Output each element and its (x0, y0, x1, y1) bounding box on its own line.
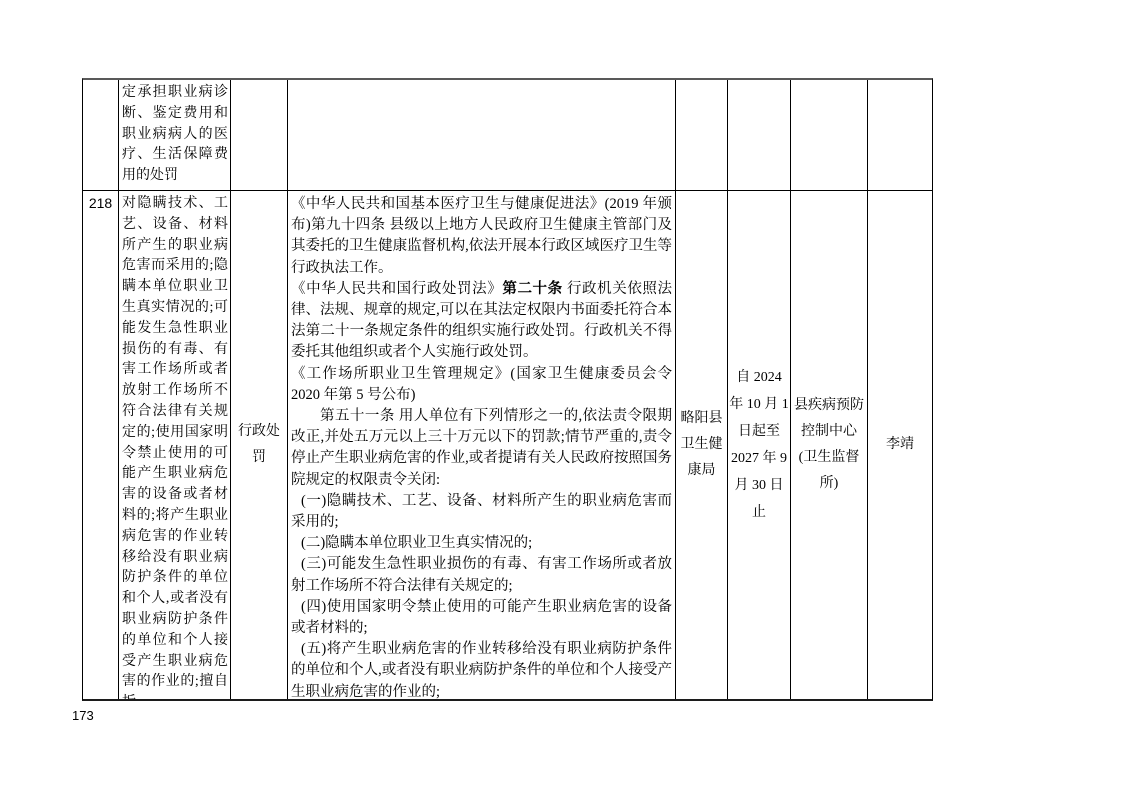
person-cell: 李靖 (868, 191, 932, 699)
table-row-continuation: 定承担职业病诊断、鉴定费用和职业病病人的医疗、生活保障费用的处罚 (83, 80, 932, 191)
undertaker-cell: 县疾病预防控制中心(卫生监督所) (791, 191, 868, 699)
legal-basis-paragraph-1: 《中华人民共和国基本医疗卫生与健康促进法》(2019 年颁布)第九十四条 县级以… (291, 194, 672, 279)
seq-cell: 218 (83, 191, 119, 699)
period-cell (728, 80, 791, 190)
legal-basis-cell (288, 80, 676, 190)
article-number-bold: 第二十条 (502, 281, 562, 297)
legal-basis-cell: 《中华人民共和国基本医疗卫生与健康促进法》(2019 年颁布)第九十四条 县级以… (288, 191, 676, 699)
person-name: 李靖 (886, 432, 914, 458)
seq-cell (83, 80, 119, 190)
legal-basis-paragraph-3: 《工作场所职业卫生管理规定》(国家卫生健康委员会令 2020 年第 5 号公布) (291, 364, 672, 406)
item-name-text: 定承担职业病诊断、鉴定费用和职业病病人的医疗、生活保障费用的处罚 (119, 80, 230, 187)
item-name-cell: 定承担职业病诊断、鉴定费用和职业病病人的医疗、生活保障费用的处罚 (119, 80, 231, 190)
page-number: 173 (72, 708, 94, 723)
legal-basis-item-1: (一)隐瞒技术、工艺、设备、材料所产生的职业病危害而采用的; (291, 491, 672, 533)
legal-basis-paragraph-2: 《中华人民共和国行政处罚法》第二十条 行政机关依照法律、法规、规章的规定,可以在… (291, 279, 672, 364)
person-cell (868, 80, 932, 190)
authority-cell (676, 80, 728, 190)
table-row-218: 218 对隐瞒技术、工艺、设备、材料所产生的职业病危害而采用的;隐瞒本单位职业卫… (83, 191, 932, 699)
legal-basis-paragraph-4: 第五十一条 用人单位有下列情形之一的,依法责令限期改正,并处五万元以上三十万元以… (291, 406, 672, 491)
item-name-text: 对隐瞒技术、工艺、设备、材料所产生的职业病危害而采用的;隐瞒本单位职业卫生真实情… (119, 191, 230, 699)
legal-basis-item-3: (三)可能发生急性职业损伤的有毒、有害工作场所或者放射工作场所不符合法律有关规定… (291, 554, 672, 596)
legal-basis-item-2: (二)隐瞒本单位职业卫生真实情况的; (291, 533, 672, 554)
period-text: 自 2024 年 10 月 1 日起至 2027 年 9 月 30 日止 (729, 364, 789, 526)
period-cell: 自 2024 年 10 月 1 日起至 2027 年 9 月 30 日止 (728, 191, 791, 699)
undertaker-text: 县疾病预防控制中心(卫生监督所) (793, 393, 865, 497)
authority-text: 略阳县卫生健康局 (678, 406, 725, 484)
authority-cell: 略阳县卫生健康局 (676, 191, 728, 699)
legal-basis-text: 《中华人民共和国基本医疗卫生与健康促进法》(2019 年颁布)第九十四条 县级以… (288, 191, 675, 699)
item-name-cell: 对隐瞒技术、工艺、设备、材料所产生的职业病危害而采用的;隐瞒本单位职业卫生真实情… (119, 191, 231, 699)
legal-basis-item-5: (五)将产生职业病危害的作业转移给没有职业病防护条件的单位和个人,或者没有职业病… (291, 639, 672, 699)
undertaker-cell (791, 80, 868, 190)
penalty-type-text: 行政处罚 (233, 419, 285, 471)
law-title: 《中华人民共和国行政处罚法》 (291, 281, 502, 297)
penalty-type-cell (231, 80, 288, 190)
penalty-items-table: 定承担职业病诊断、鉴定费用和职业病病人的医疗、生活保障费用的处罚 218 对隐瞒… (82, 78, 933, 701)
document-page: 定承担职业病诊断、鉴定费用和职业病病人的医疗、生活保障费用的处罚 218 对隐瞒… (0, 0, 1122, 793)
penalty-type-cell: 行政处罚 (231, 191, 288, 699)
legal-basis-item-4: (四)使用国家明令禁止使用的可能产生职业病危害的设备或者材料的; (291, 597, 672, 639)
seq-number: 218 (89, 195, 112, 211)
